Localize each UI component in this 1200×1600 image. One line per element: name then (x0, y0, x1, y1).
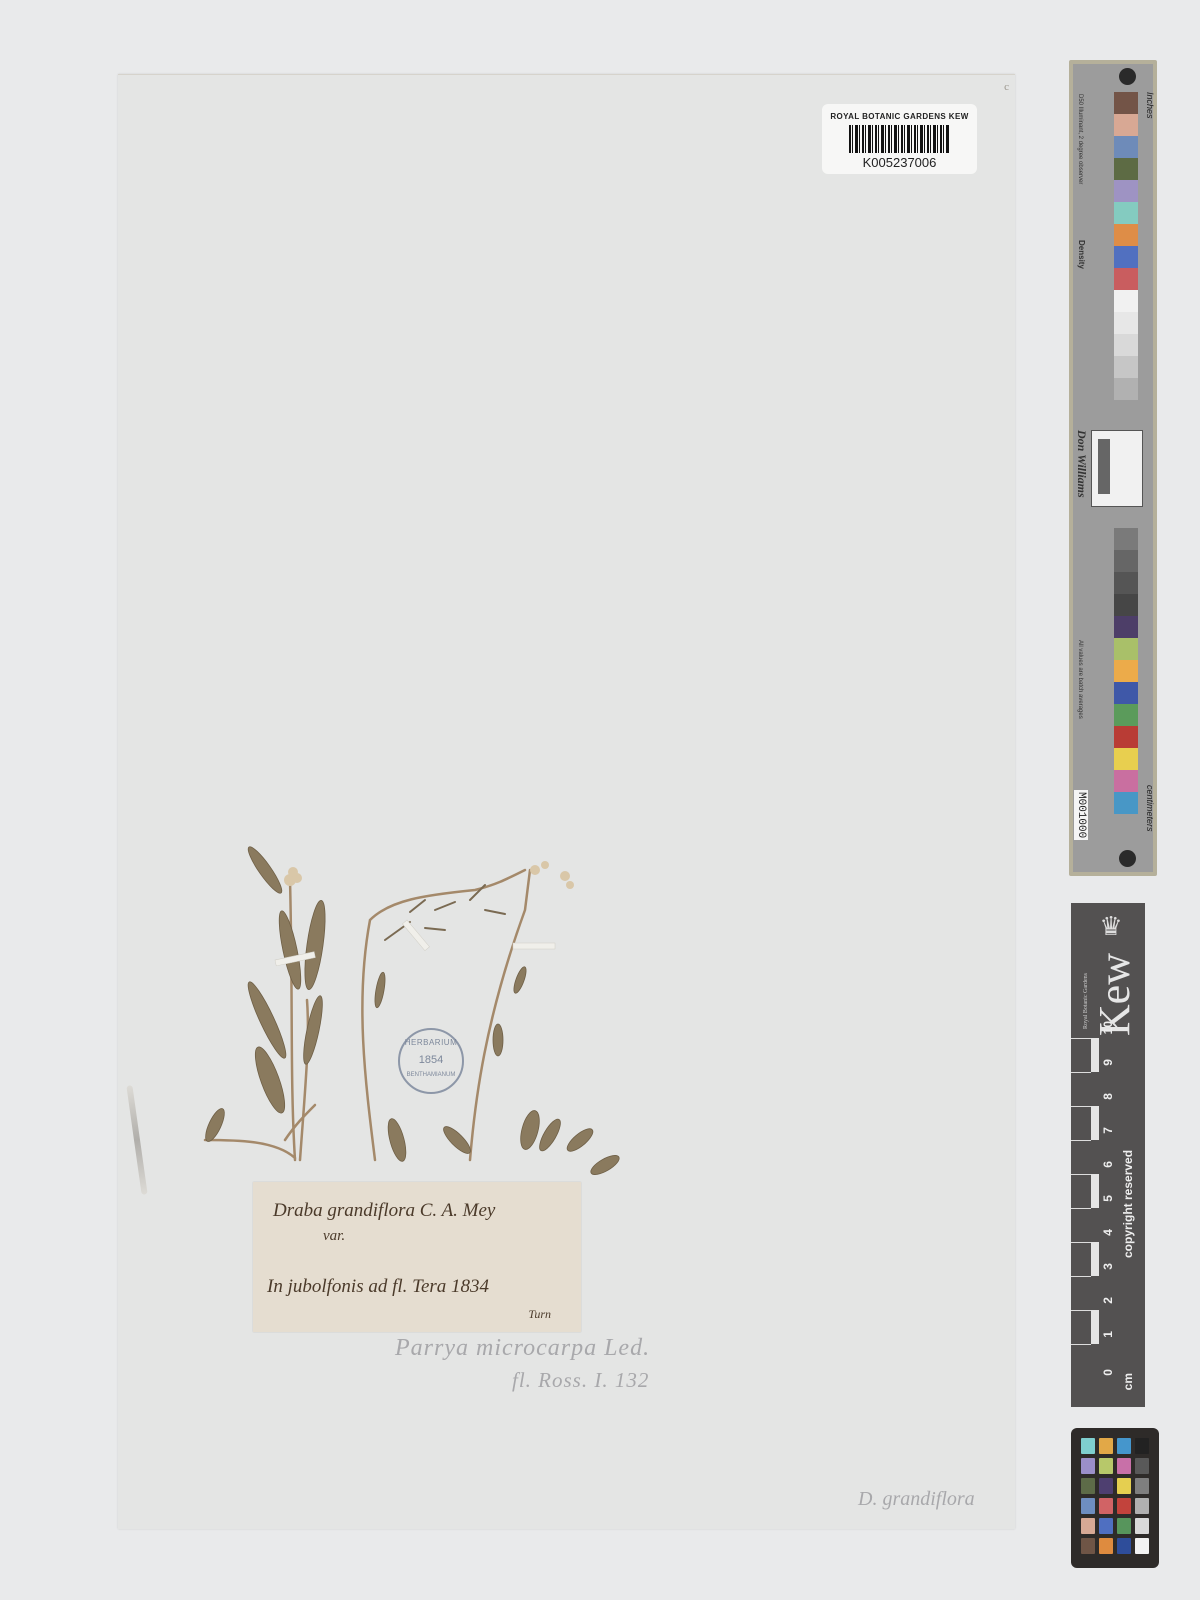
ruler-number: 1 (1101, 1331, 1115, 1338)
color-patch (1081, 1518, 1095, 1534)
color-swatch (1114, 550, 1138, 572)
color-swatch (1114, 378, 1138, 400)
color-patch (1117, 1498, 1131, 1514)
ruler-number: 4 (1101, 1229, 1115, 1236)
sheet-corner-mark: c (1004, 81, 1009, 93)
color-swatch (1114, 704, 1138, 726)
ruler-number: 5 (1101, 1195, 1115, 1202)
gray-wedge (1098, 439, 1110, 494)
ruler-scale (1071, 1038, 1099, 1388)
color-patch (1099, 1478, 1113, 1494)
color-swatch (1114, 770, 1138, 792)
label-locality: In jubolfonis ad fl. Tera 1834 (267, 1276, 489, 1298)
color-swatch (1114, 180, 1138, 202)
gray-target (1091, 430, 1143, 507)
barcode-icon (849, 125, 949, 153)
royal-crest-icon: ♛ (1093, 909, 1129, 943)
label-taxon: Draba grandiflora C. A. Mey (273, 1200, 495, 1222)
color-swatch (1114, 638, 1138, 660)
collector-label: Draba grandiflora C. A. Mey var. In jubo… (253, 1182, 581, 1332)
color-patch (1135, 1538, 1149, 1554)
color-patch (1117, 1438, 1131, 1454)
plant-specimen-icon (195, 840, 635, 1180)
units-bottom-label: centimeters (1145, 785, 1155, 832)
scale-hole-icon (1119, 850, 1136, 867)
determination-reference: fl. Ross. I. 132 (512, 1368, 649, 1393)
density-label: Density (1077, 240, 1086, 269)
color-swatch (1114, 136, 1138, 158)
batch-note: All values are batch averages (1077, 640, 1083, 719)
ruler-number: 0 (1101, 1369, 1115, 1376)
illuminant-note: D50 Illuminant, 2 degree observer (1077, 94, 1083, 184)
ruler-number: 9 (1101, 1059, 1115, 1066)
color-patch (1081, 1458, 1095, 1474)
color-patch (1117, 1458, 1131, 1474)
color-swatch (1114, 748, 1138, 770)
ruler-number: 6 (1101, 1161, 1115, 1168)
stamp-top-text: HERBARIUM (400, 1038, 462, 1047)
color-swatch (1114, 594, 1138, 616)
color-checker (1071, 1428, 1159, 1568)
color-swatch (1114, 202, 1138, 224)
herbarium-stamp: HERBARIUM 1854 BENTHAMIANUM (398, 1028, 464, 1094)
color-swatch (1114, 114, 1138, 136)
label-signature: Turn (528, 1307, 551, 1322)
color-patch (1117, 1478, 1131, 1494)
color-swatch (1114, 572, 1138, 594)
copyright-text: copyright reserved (1121, 1043, 1135, 1258)
color-patch (1081, 1438, 1095, 1454)
scale-hole-icon (1119, 68, 1136, 85)
kew-ruler: ♛ Royal Botanic Gardens Kew 10 9 8 7 6 5… (1071, 903, 1145, 1407)
ruler-number: 3 (1101, 1263, 1115, 1270)
barcode-label: ROYAL BOTANIC GARDENS KEW K005237006 (822, 104, 977, 174)
color-patch (1135, 1498, 1149, 1514)
color-swatch (1114, 224, 1138, 246)
color-patch (1135, 1458, 1149, 1474)
swatch-column-bottom (1114, 528, 1138, 814)
ruler-number: 2 (1101, 1297, 1115, 1304)
institution-name: ROYAL BOTANIC GARDENS KEW (822, 112, 977, 121)
ruler-number: 7 (1101, 1127, 1115, 1134)
color-swatch (1114, 682, 1138, 704)
color-patch (1081, 1498, 1095, 1514)
color-swatch (1114, 660, 1138, 682)
color-patch (1081, 1538, 1095, 1554)
color-swatch (1114, 334, 1138, 356)
color-swatch (1114, 92, 1138, 114)
color-patch (1099, 1518, 1113, 1534)
ruler-number: 10 (1101, 1021, 1115, 1034)
color-swatch (1114, 312, 1138, 334)
ruler-number: 8 (1101, 1093, 1115, 1100)
label-variety: var. (323, 1228, 345, 1245)
units-top-label: Inches (1145, 92, 1155, 119)
cm-unit-label: cm (1121, 1373, 1135, 1390)
color-patch (1117, 1518, 1131, 1534)
color-swatch (1114, 158, 1138, 180)
color-patch (1135, 1438, 1149, 1454)
stamp-year: 1854 (400, 1054, 462, 1066)
color-swatch (1114, 792, 1138, 814)
swatch-column-top (1114, 92, 1138, 400)
color-checker-grid (1081, 1438, 1149, 1554)
color-swatch (1114, 290, 1138, 312)
color-patch (1117, 1538, 1131, 1554)
color-patch (1099, 1538, 1113, 1554)
color-scale-bar: Inches centimeters D50 Illuminant, 2 deg… (1069, 60, 1157, 876)
scale-id: M001000 (1074, 790, 1088, 840)
color-patch (1135, 1478, 1149, 1494)
color-swatch (1114, 726, 1138, 748)
color-patch (1099, 1438, 1113, 1454)
color-patch (1099, 1498, 1113, 1514)
kew-brand-small: Royal Botanic Gardens (1083, 973, 1089, 1029)
color-swatch (1114, 528, 1138, 550)
color-patch (1135, 1518, 1149, 1534)
color-swatch (1114, 246, 1138, 268)
barcode-number: K005237006 (822, 155, 977, 170)
color-swatch (1114, 616, 1138, 638)
color-patch (1099, 1458, 1113, 1474)
color-swatch (1114, 268, 1138, 290)
color-patch (1081, 1478, 1095, 1494)
corner-annotation: D. grandiflora (858, 1488, 975, 1511)
determination-name: Parrya microcarpa Led. (395, 1335, 650, 1362)
color-swatch (1114, 356, 1138, 378)
vendor-name: Don Williams (1074, 430, 1089, 498)
stamp-bottom-text: BENTHAMIANUM (400, 1072, 462, 1078)
